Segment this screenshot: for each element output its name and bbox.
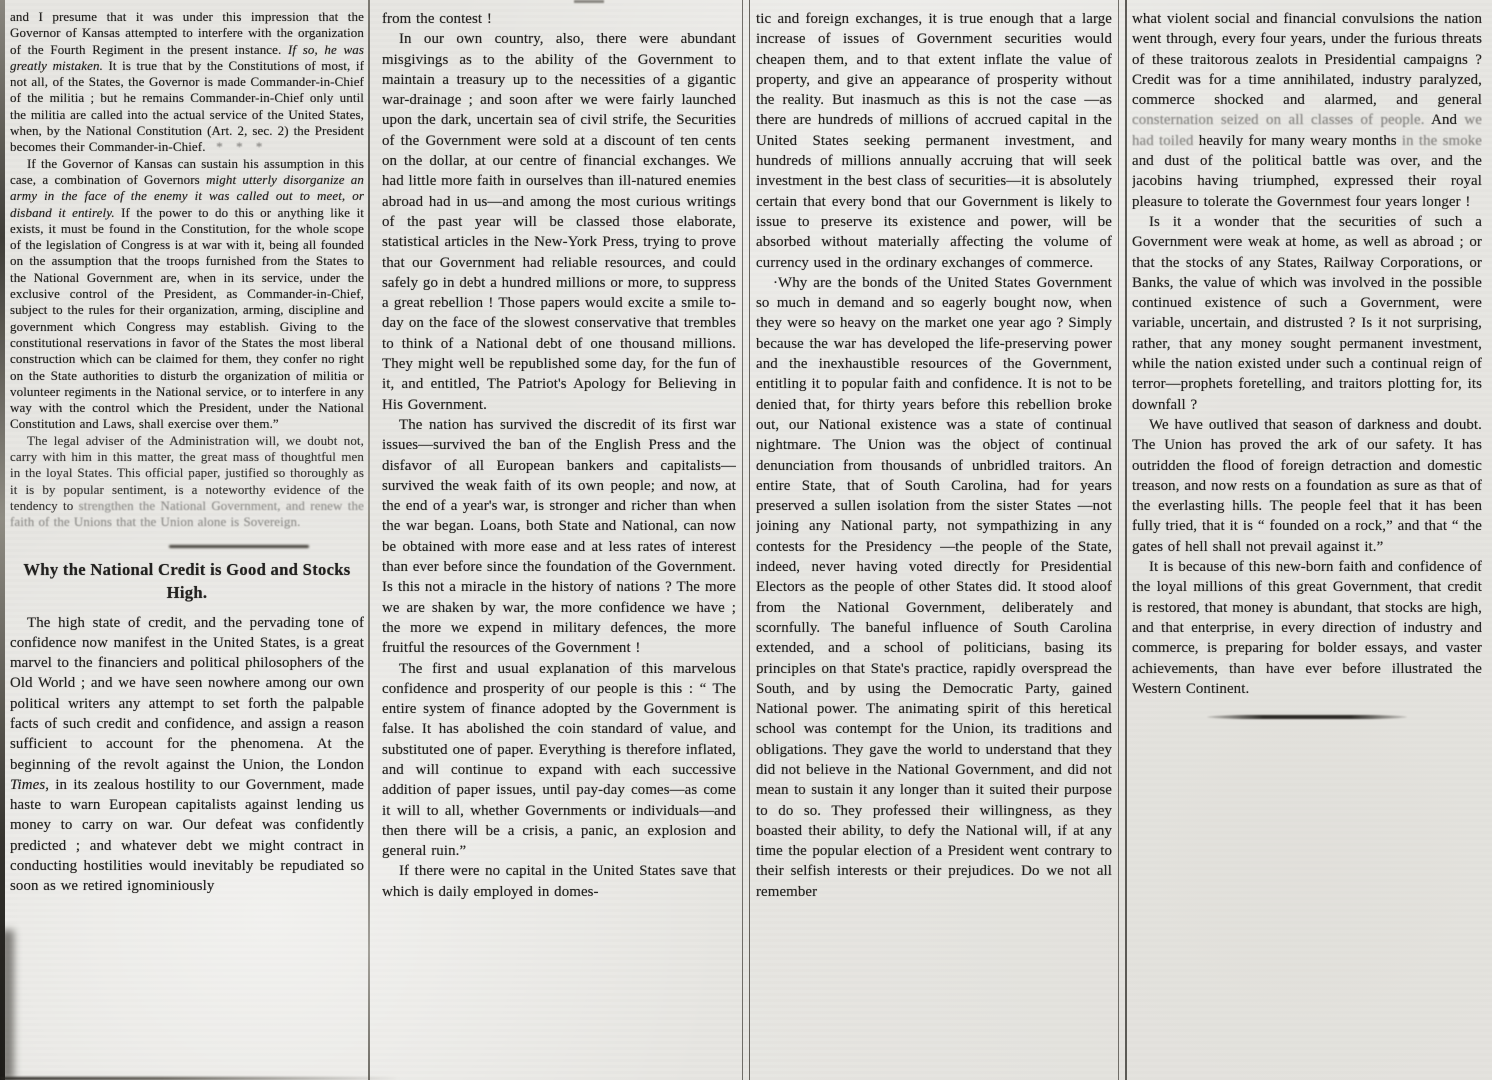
paragraph: The high state of credit, and the pervad… bbox=[10, 613, 364, 897]
text-run: ·Why are the bonds of the United States … bbox=[756, 275, 1112, 900]
paragraph: We have outlived that season of darkness… bbox=[1132, 415, 1482, 557]
column-rule-3 bbox=[1118, 0, 1127, 1080]
text-column-3: tic and foreign exchanges, it is true en… bbox=[756, 2, 1112, 1078]
column-rule-2 bbox=[742, 0, 750, 1080]
text-run: The nation has survived the discredit of… bbox=[382, 417, 736, 656]
text-run: And bbox=[1425, 112, 1465, 128]
text-run: It is because of this new-born faith and… bbox=[1132, 559, 1482, 697]
paragraph: The first and usual explanation of this … bbox=[382, 659, 736, 862]
text-column-1: and I presume that it was under this imp… bbox=[10, 2, 364, 1078]
article-end-rule bbox=[1207, 715, 1407, 719]
paragraph: tic and foreign exchanges, it is true en… bbox=[756, 9, 1112, 273]
newspaper-scan-page: { "document": { "kind": "newspaper-clipp… bbox=[0, 0, 1492, 1080]
paragraph: what violent social and financial convul… bbox=[1132, 9, 1482, 212]
paragraph: and I presume that it was under this imp… bbox=[10, 9, 364, 156]
paragraph: The nation has survived the discredit of… bbox=[382, 415, 736, 659]
text-run: and dust of the political battle was ove… bbox=[1132, 153, 1482, 210]
text-column-4: what violent social and financial convul… bbox=[1132, 2, 1482, 1078]
italic-text: Times bbox=[10, 777, 45, 793]
article-headline: Why the National Credit is Good and Stoc… bbox=[20, 558, 354, 604]
faded-text: consternation seized on all classes of p… bbox=[1132, 112, 1425, 128]
text-run: tic and foreign exchanges, it is true en… bbox=[756, 11, 1112, 271]
text-run: In our own country, also, there were abu… bbox=[382, 31, 736, 412]
text-run: The high state of credit, and the pervad… bbox=[10, 615, 364, 773]
paragraph: If there were no capital in the United S… bbox=[382, 861, 736, 902]
text-run: , in its zealous hostility to our Govern… bbox=[10, 777, 364, 894]
paragraph: The legal adviser of the Administration … bbox=[10, 433, 364, 531]
paragraph: If the Governor of Kansas can sustain hi… bbox=[10, 156, 364, 433]
paragraph: from the contest ! bbox=[382, 9, 736, 29]
text-run: from the contest ! bbox=[382, 11, 492, 27]
text-run: heavily for many weary months bbox=[1194, 133, 1402, 149]
paragraph: ·Why are the bonds of the United States … bbox=[756, 273, 1112, 902]
paragraph: Is it a wonder that the securities of su… bbox=[1132, 212, 1482, 415]
text-run: what violent social and financial convul… bbox=[1132, 11, 1482, 108]
text-run: We have outlived that season of darkness… bbox=[1132, 417, 1482, 555]
section-divider-rule bbox=[169, 545, 309, 548]
column-rule-1 bbox=[368, 0, 370, 1080]
clipping-left-edge bbox=[0, 0, 5, 1080]
text-run: If there were no capital in the United S… bbox=[382, 863, 736, 899]
paragraph: In our own country, also, there were abu… bbox=[382, 29, 736, 415]
paragraph: It is because of this new-born faith and… bbox=[1132, 557, 1482, 699]
text-run: Is it a wonder that the securities of su… bbox=[1132, 214, 1482, 413]
text-column-2: from the contest !In our own country, al… bbox=[382, 2, 736, 1078]
text-run: If the power to do this or anything like… bbox=[10, 205, 364, 432]
text-run: The first and usual explanation of this … bbox=[382, 661, 736, 860]
faded-text: in the smoke bbox=[1402, 133, 1482, 149]
faded-text: * * * bbox=[206, 139, 263, 154]
